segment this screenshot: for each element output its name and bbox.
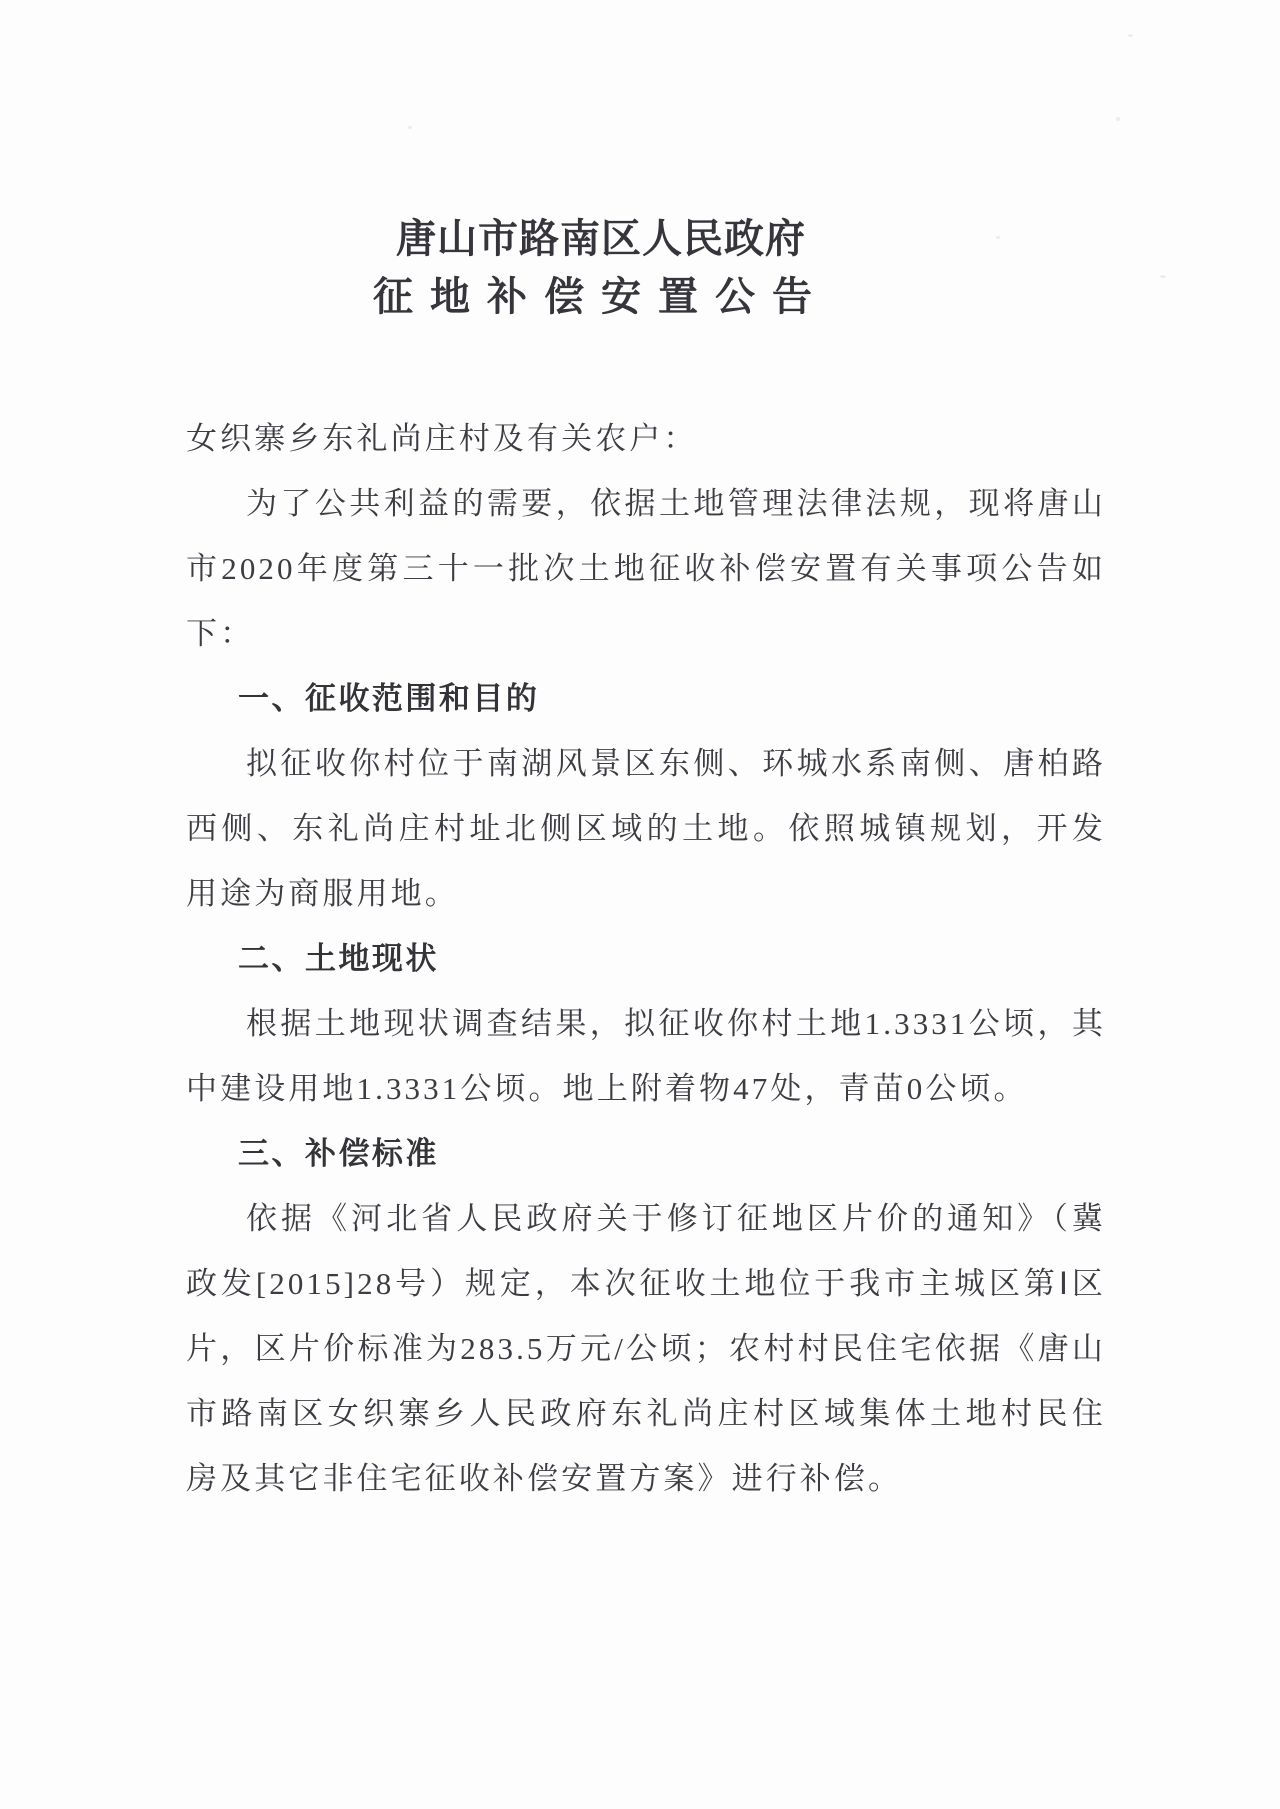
document-subtitle: 征地补偿安置公告 xyxy=(141,270,1061,324)
section-2-paragraph: 根据土地现状调查结果，拟征收你村土地1.3331公顷，其中建设用地1.3331公… xyxy=(186,991,1106,1121)
scan-speck xyxy=(1128,34,1133,37)
scan-speck xyxy=(1116,117,1120,121)
scan-speck xyxy=(1160,275,1166,278)
scanned-document-page: 唐山市路南区人民政府 征地补偿安置公告 女织寨乡东礼尚庄村及有关农户： 为了公共… xyxy=(0,0,1280,1809)
document-title: 唐山市路南区人民政府 xyxy=(141,212,1061,266)
section-3-paragraph: 依据《河北省人民政府关于修订征地区片价的通知》（冀政发[2015]28号）规定，… xyxy=(186,1186,1106,1511)
salutation-line: 女织寨乡东礼尚庄村及有关农户： xyxy=(186,406,1106,471)
section-3-heading: 三、补偿标准 xyxy=(186,1121,1106,1186)
document-body: 女织寨乡东礼尚庄村及有关农户： 为了公共利益的需要，依据土地管理法律法规，现将唐… xyxy=(186,406,1106,1511)
intro-paragraph: 为了公共利益的需要，依据土地管理法律法规，现将唐山市2020年度第三十一批次土地… xyxy=(186,471,1106,666)
document-content: 唐山市路南区人民政府 征地补偿安置公告 女织寨乡东礼尚庄村及有关农户： 为了公共… xyxy=(186,0,1106,1511)
section-2-heading: 二、土地现状 xyxy=(186,926,1106,991)
section-1-paragraph: 拟征收你村位于南湖风景区东侧、环城水系南侧、唐柏路西侧、东礼尚庄村址北侧区域的土… xyxy=(186,731,1106,926)
title-block: 唐山市路南区人民政府 征地补偿安置公告 xyxy=(141,212,1061,324)
section-1-heading: 一、征收范围和目的 xyxy=(186,666,1106,731)
